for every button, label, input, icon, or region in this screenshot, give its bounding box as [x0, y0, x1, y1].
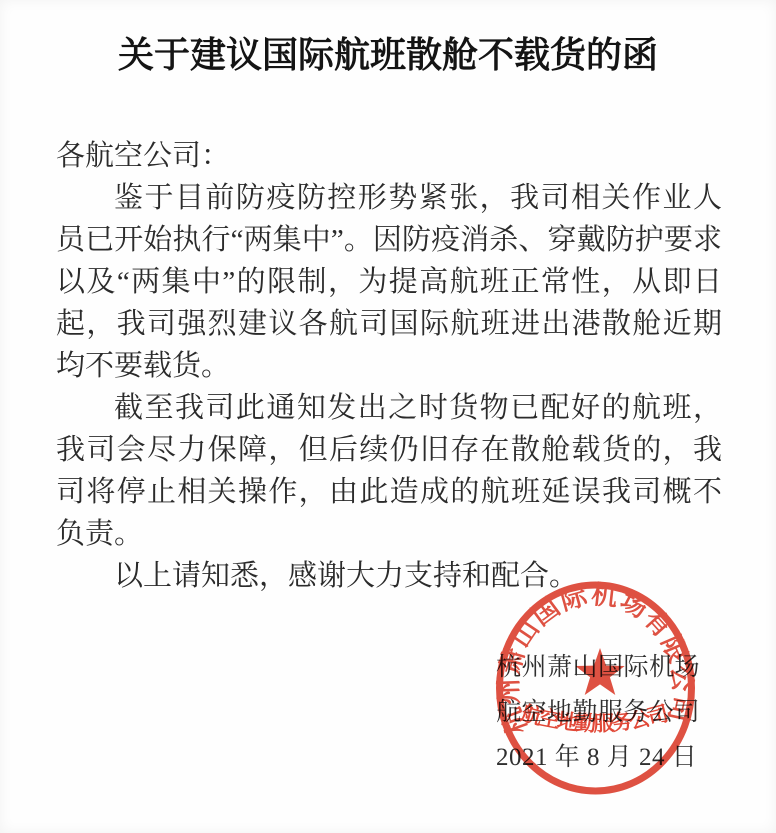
seal-inner-text: 航空地勤服务公司: [519, 701, 671, 736]
document-body: 各航空公司： 鉴于目前防疫防控形势紧张，我司相关作业人员已开始执行“两集中”。因…: [0, 135, 776, 597]
salutation: 各航空公司：: [56, 135, 722, 177]
paragraph-1: 鉴于目前防疫防控形势紧张，我司相关作业人员已开始执行“两集中”。因防疫消杀、穿戴…: [56, 177, 722, 387]
paragraph-2: 截至我司此通知发出之时货物已配好的航班，我司会尽力保障，但后续仍旧存在散舱载货的…: [56, 387, 722, 555]
official-seal: 杭州萧山国际机场有限公司 航空地勤服务公司: [490, 580, 701, 796]
document-title: 关于建议国际航班散舱不载货的函: [0, 0, 776, 79]
document-page: 关于建议国际航班散舱不载货的函 各航空公司： 鉴于目前防疫防控形势紧张，我司相关…: [0, 0, 776, 833]
star-icon: [575, 648, 624, 695]
